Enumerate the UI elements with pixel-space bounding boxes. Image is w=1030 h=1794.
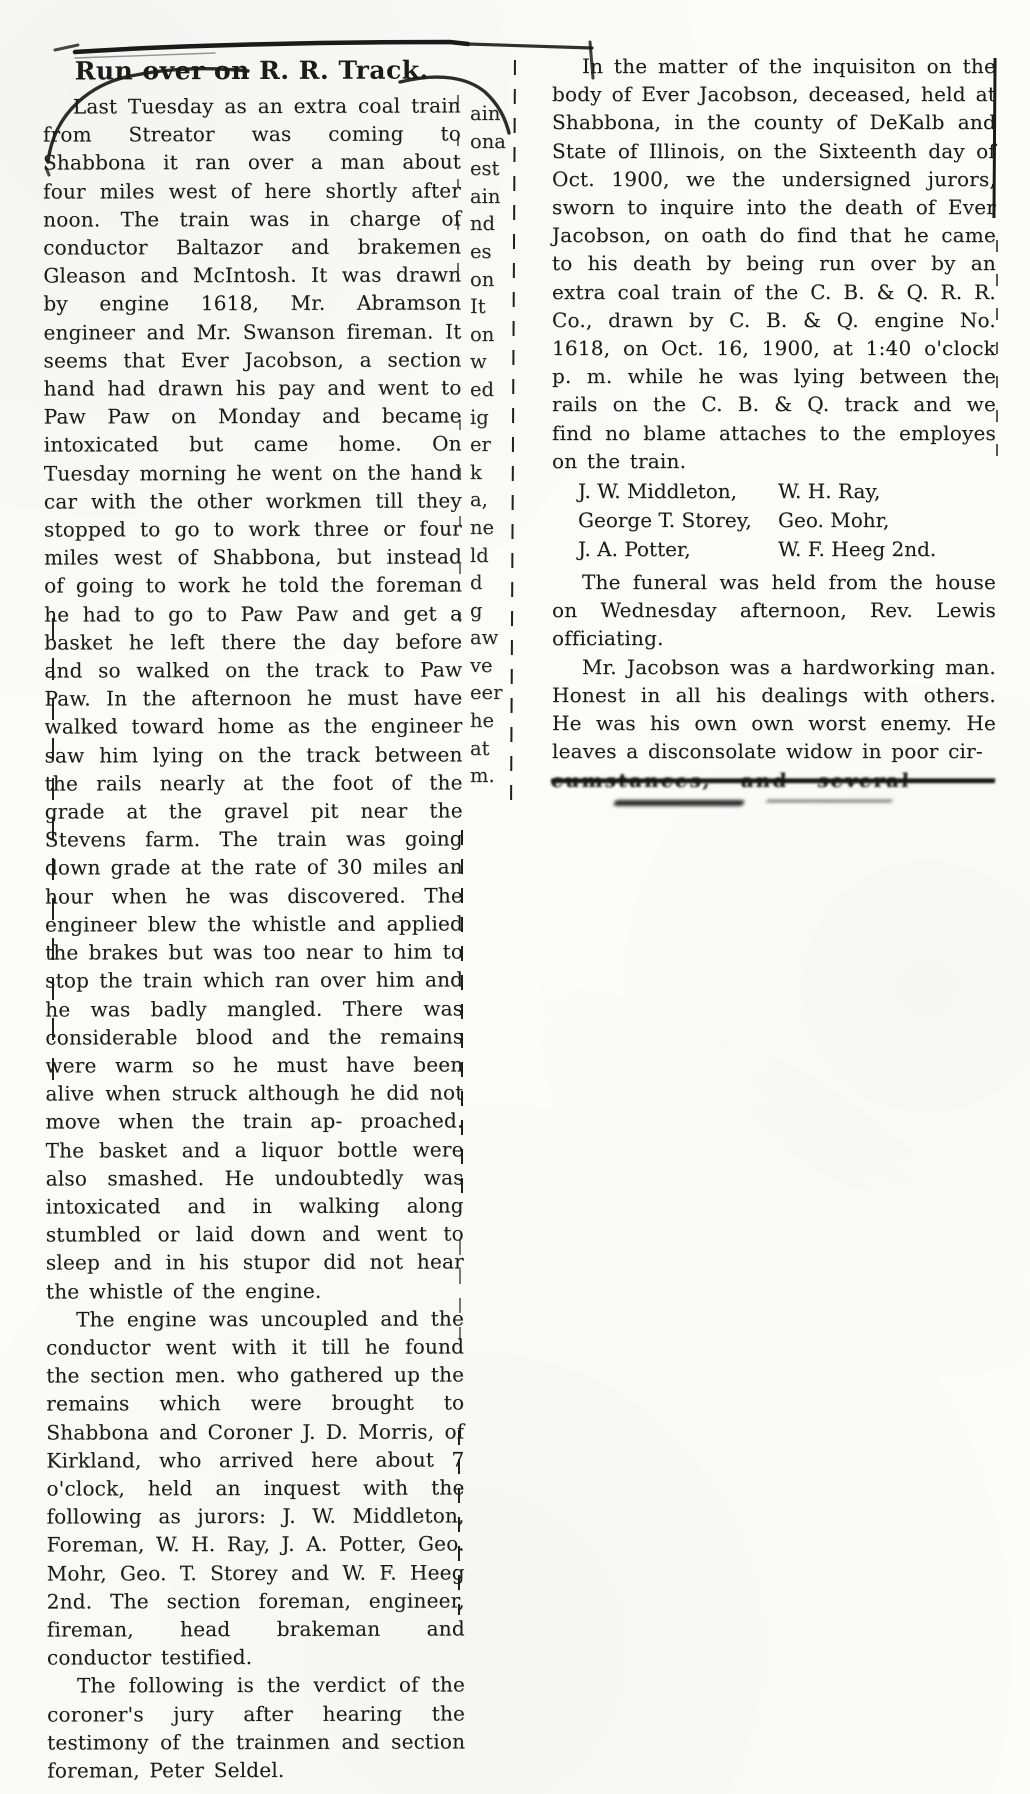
cut-edge-text-fragments: ain ona est ain nd es on It on w ed ig e… (470, 100, 508, 790)
juror-name: W. F. Heeg 2nd. (778, 535, 996, 564)
text-fragment: aw (470, 624, 508, 652)
top-rule-tick (55, 45, 78, 50)
text-fragment: er (470, 431, 508, 459)
paragraph: The engine was uncoupled and the conduct… (46, 1304, 465, 1672)
jurors-row: George T. Storey, Geo. Mohr, (578, 506, 996, 535)
text-fragment: ain (470, 183, 508, 211)
left-column-paragraphs: Last Tuesday as an extra coal train from… (43, 91, 465, 1784)
funeral-paragraph: The funeral was held from the house on W… (552, 568, 996, 653)
jurors-row: J. A. Potter, W. F. Heeg 2nd. (578, 535, 996, 564)
text-fragment: ve (470, 652, 508, 680)
text-fragment: on (470, 266, 508, 294)
obituary-paragraph: Mr. Jacobson was a hardworking man. Hone… (552, 653, 996, 766)
top-rule (75, 42, 468, 52)
text-fragment: est (470, 155, 508, 183)
text-fragment: g (470, 597, 508, 625)
headline: Run over on R. R. Track. (43, 55, 461, 85)
text-fragment: eer (470, 679, 508, 707)
text-fragment: m. (470, 762, 508, 790)
left-column: Run over on R. R. Track. Last Tuesday as… (43, 55, 466, 1784)
text-fragment: w (470, 348, 508, 376)
text-fragment: d (470, 569, 508, 597)
jurors-signatures: J. W. Middleton, W. H. Ray, George T. St… (552, 475, 996, 568)
top-rule-right-segment (468, 44, 592, 48)
text-fragment: ne (470, 514, 508, 542)
text-fragment: at (470, 735, 508, 763)
text-fragment: ain (470, 100, 508, 128)
paragraph: The following is the verdict of the coro… (47, 1671, 465, 1785)
juror-name: Geo. Mohr, (778, 506, 996, 535)
text-fragment: he (470, 707, 508, 735)
text-fragment: k (470, 459, 508, 487)
juror-name: W. H. Ray, (778, 477, 996, 506)
jurors-row: J. W. Middleton, W. H. Ray, (578, 477, 996, 506)
text-fragment: ed (470, 376, 508, 404)
verdict-paragraph: In the matter of the inquisiton on the b… (552, 52, 996, 475)
column-divider-line (510, 60, 516, 812)
text-fragment: es (470, 238, 508, 266)
text-fragment: ona (470, 128, 508, 156)
newspaper-clipping-scan: Run over on R. R. Track. Last Tuesday as… (0, 0, 1030, 1794)
text-fragment: nd (470, 210, 508, 238)
juror-name: J. A. Potter, (578, 535, 778, 564)
text-fragment: ld (470, 542, 508, 570)
text-fragment: It (470, 293, 508, 321)
juror-name: George T. Storey, (578, 506, 778, 535)
right-column-edge-line (996, 240, 998, 475)
ink-smear (613, 800, 744, 806)
text-fragment: a, (470, 486, 508, 514)
text-fragment: ig (470, 404, 508, 432)
juror-name: J. W. Middleton, (578, 477, 778, 506)
text-fragment: on (470, 321, 508, 349)
paragraph: Last Tuesday as an extra coal train from… (43, 91, 464, 1305)
right-column: In the matter of the inquisiton on the b… (552, 52, 996, 806)
smudged-illegible-line: cumstances, and several —— —— (550, 767, 996, 794)
